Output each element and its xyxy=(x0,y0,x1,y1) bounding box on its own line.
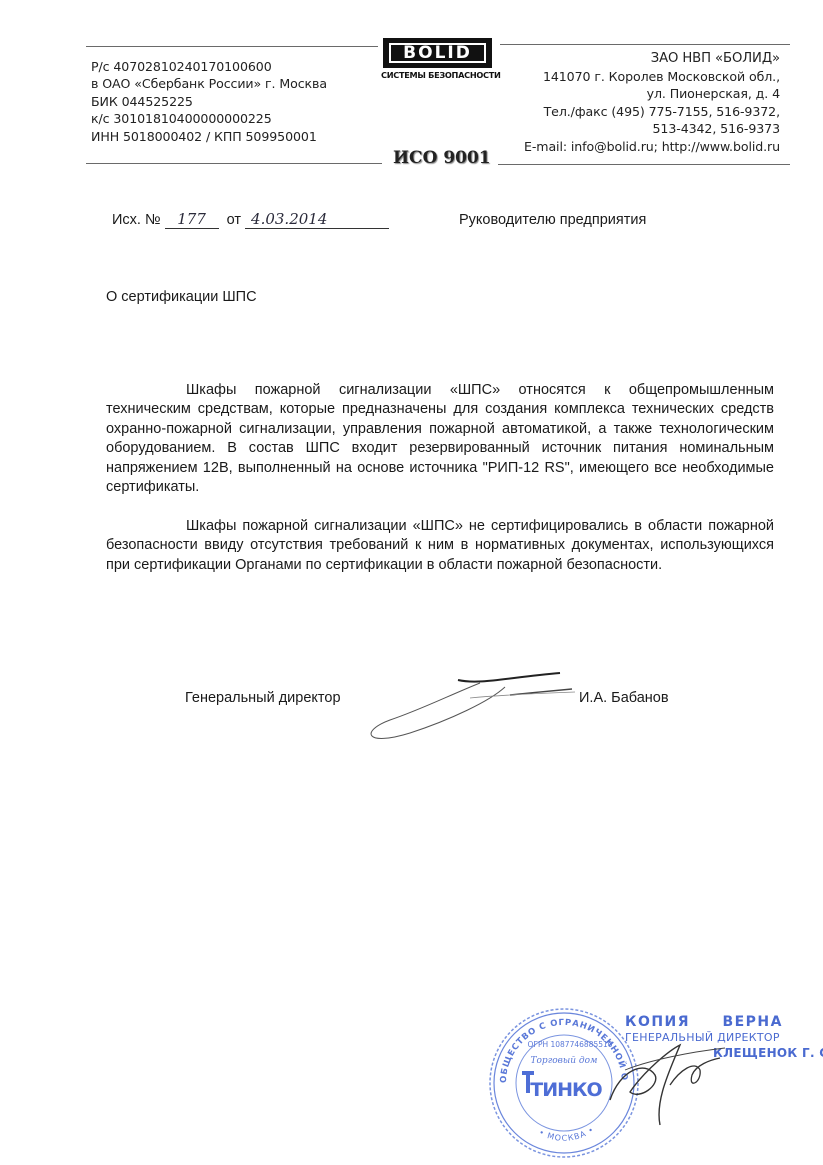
bank-account: Р/с 40702810240170100600 xyxy=(91,58,327,75)
company-details: ЗАО НВП «БОЛИД» 141070 г. Королев Москов… xyxy=(524,50,780,156)
signatory-name: И.А. Бабанов xyxy=(579,690,669,706)
signatory-title: Генеральный директор xyxy=(185,690,341,706)
handwritten-signature xyxy=(360,665,580,745)
bolid-logo-wordmark: BOLID xyxy=(389,43,486,63)
bank-inn-kpp: ИНН 5018000402 / КПП 509950001 xyxy=(91,128,327,145)
company-phone: Тел./факс (495) 775-7155, 516-9372, xyxy=(524,103,780,121)
company-contacts: E-mail: info@bolid.ru; http://www.bolid.… xyxy=(524,138,780,156)
iso-certification-mark: ИСО 9001 xyxy=(393,148,491,168)
outgoing-date: 4.03.2014 xyxy=(245,210,389,229)
outgoing-number: 177 xyxy=(165,210,219,229)
header-bottom-rule-left xyxy=(86,163,382,164)
header-bottom-rule-right xyxy=(498,164,790,165)
bolid-logo-tagline: СИСТЕМЫ БЕЗОПАСНОСТИ xyxy=(381,70,495,80)
copy-stamp-word-true: ВЕРНА xyxy=(722,1014,783,1030)
bank-name: в ОАО «Сбербанк России» г. Москва xyxy=(91,75,327,92)
bolid-logo: BOLID xyxy=(383,38,492,68)
date-label: от xyxy=(227,212,241,228)
copy-stamp-word-copy: КОПИЯ xyxy=(625,1014,690,1030)
company-phone-extra: 513-4342, 516-9373 xyxy=(524,120,780,138)
outgoing-reference: Исх. № 177 от 4.03.2014 xyxy=(112,210,389,229)
header-top-rule-right xyxy=(500,44,790,45)
header-top-rule-left xyxy=(86,46,378,47)
bank-correspondent-account: к/с 30101810400000000225 xyxy=(91,110,327,127)
seal-logo: ТИНКО xyxy=(530,1079,602,1101)
company-name: ЗАО НВП «БОЛИД» xyxy=(524,50,780,68)
seal-script: Торговый дом xyxy=(531,1056,598,1066)
outgoing-number-label: Исх. № xyxy=(112,212,161,228)
bank-details: Р/с 40702810240170100600 в ОАО «Сбербанк… xyxy=(91,58,327,145)
body-paragraph-2: Шкафы пожарной сигнализации «ШПС» не сер… xyxy=(106,517,774,575)
bank-bik: БИК 044525225 xyxy=(91,93,327,110)
copy-certifier-signature xyxy=(600,1030,730,1130)
company-address-city: 141070 г. Королев Московской обл., xyxy=(524,68,780,86)
addressee: Руководителю предприятия xyxy=(459,212,646,228)
company-address-street: ул. Пионерская, д. 4 xyxy=(524,85,780,103)
body-paragraph-1: Шкафы пожарной сигнализации «ШПС» относя… xyxy=(106,381,774,497)
letter-subject: О сертификации ШПС xyxy=(106,289,257,305)
